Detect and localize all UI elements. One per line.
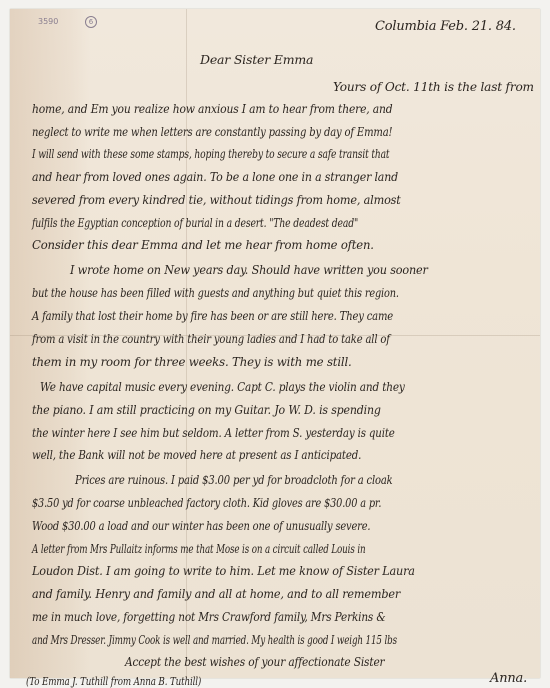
body-line: Wood $30.00 a load and our winter has be… <box>32 518 370 533</box>
body-line: neglect to write me when letters are con… <box>32 124 392 139</box>
body-line: and hear from loved ones again. To be a … <box>32 169 398 184</box>
dateline: Columbia Feb. 21. 84. <box>375 19 516 34</box>
body-line: A letter from Mrs Pullaitz informs me th… <box>32 541 365 556</box>
archive-circle-mark: 6 <box>85 16 97 28</box>
archive-number: 3590 <box>38 17 58 26</box>
body-line: A family that lost their home by fire ha… <box>32 308 393 323</box>
body-line: home, and Em you realize how anxious I a… <box>32 101 392 116</box>
body-line: fulfils the Egyptian conception of buria… <box>32 215 358 230</box>
body-line: and Mrs Dresser. Jimmy Cook is well and … <box>32 632 397 647</box>
signature: Anna. <box>490 671 527 686</box>
body-line: Loudon Dist. I am going to write to him.… <box>32 563 415 578</box>
body-line: the winter here I see him but seldom. A … <box>32 425 395 440</box>
body-line: them in my room for three weeks. They is… <box>32 354 352 369</box>
body-line: severed from every kindred tie, without … <box>32 192 401 207</box>
body-line: $3.50 yd for coarse unbleached factory c… <box>32 495 381 510</box>
body-line: and family. Henry and family and all at … <box>32 586 400 601</box>
body-line: Prices are ruinous. I paid $3.00 per yd … <box>75 472 393 487</box>
body-line: I wrote home on New years day. Should ha… <box>70 262 428 277</box>
body-line: me in much love, forgetting not Mrs Craw… <box>32 609 385 624</box>
body-line: well, the Bank will not be moved here at… <box>32 447 361 462</box>
salutation: Dear Sister Emma <box>200 52 313 67</box>
body-line: but the house has been filled with guest… <box>32 285 399 300</box>
body-line: from a visit in the country with their y… <box>32 331 390 346</box>
closing-line: Accept the best wishes of your affection… <box>125 654 384 669</box>
body-line: We have capital music every evening. Cap… <box>40 379 405 394</box>
body-line: Yours of Oct. 11th is the last from <box>333 79 534 94</box>
body-line: Consider this dear Emma and let me hear … <box>32 237 374 252</box>
body-line: I will send with these some stamps, hopi… <box>32 146 389 161</box>
letter-page: 3590 6 Columbia Feb. 21. 84. Dear Sister… <box>10 9 540 678</box>
body-line: the piano. I am still practicing on my G… <box>32 402 381 417</box>
attribution-note: (To Emma J. Tuthill from Anna B. Tuthill… <box>26 674 201 687</box>
